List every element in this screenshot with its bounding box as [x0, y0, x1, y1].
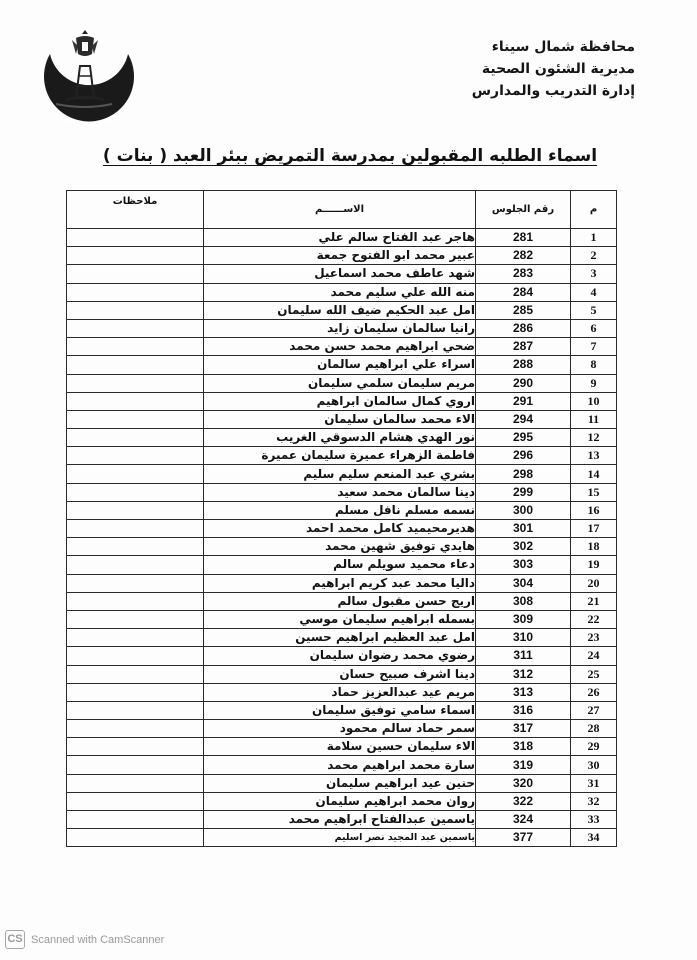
governorate-emblem-icon [28, 24, 143, 139]
row-seat-number: 286 [476, 319, 571, 337]
row-index: 30 [571, 756, 617, 774]
row-notes [67, 483, 204, 501]
col-header-index: م [571, 191, 617, 229]
row-student-name: منه الله علي سليم محمد [204, 283, 476, 301]
row-index: 4 [571, 283, 617, 301]
row-notes [67, 465, 204, 483]
row-student-name: هديرمحيميد كامل محمد احمد [204, 520, 476, 538]
col-header-notes: ملاحظات [67, 191, 204, 229]
table-row: 13296فاطمة الزهراء عميرة سليمان عميرة [67, 447, 617, 465]
row-index: 2 [571, 247, 617, 265]
col-header-name: الاســــــم [204, 191, 476, 229]
row-index: 3 [571, 265, 617, 283]
row-seat-number: 324 [476, 811, 571, 829]
table-row: 34377ياسمين عبد المجيد نصر اسليم [67, 829, 617, 847]
table-row: 26313مريم عيد عبدالعزيز حماد [67, 683, 617, 701]
row-student-name: اروي كمال سالمان ابراهيم [204, 392, 476, 410]
row-notes [67, 756, 204, 774]
row-notes [67, 792, 204, 810]
row-student-name: رانيا سالمان سليمان زايد [204, 319, 476, 337]
row-notes [67, 701, 204, 719]
table-row: 31320حنين عيد ابراهيم سليمان [67, 774, 617, 792]
row-seat-number: 282 [476, 247, 571, 265]
row-index: 21 [571, 592, 617, 610]
row-seat-number: 311 [476, 647, 571, 665]
row-seat-number: 295 [476, 429, 571, 447]
row-student-name: سمر حماد سالم محمود [204, 720, 476, 738]
table-row: 27316اسماء سامي توفيق سليمان [67, 701, 617, 719]
row-notes [67, 338, 204, 356]
camscanner-watermark: CS Scanned with CamScanner [5, 930, 164, 949]
row-notes [67, 574, 204, 592]
row-seat-number: 317 [476, 720, 571, 738]
table-row: 22309بسمله ابراهيم سليمان موسي [67, 610, 617, 628]
row-index: 27 [571, 701, 617, 719]
row-seat-number: 283 [476, 265, 571, 283]
row-seat-number: 294 [476, 410, 571, 428]
row-index: 6 [571, 319, 617, 337]
camscanner-logo-icon: CS [5, 930, 25, 949]
row-student-name: ضحي ابراهيم محمد حسن محمد [204, 338, 476, 356]
row-notes [67, 520, 204, 538]
row-index: 23 [571, 629, 617, 647]
row-student-name: حنين عيد ابراهيم سليمان [204, 774, 476, 792]
table-row: 11294الاء محمد سالمان سليمان [67, 410, 617, 428]
row-seat-number: 313 [476, 683, 571, 701]
row-notes [67, 410, 204, 428]
row-student-name: فاطمة الزهراء عميرة سليمان عميرة [204, 447, 476, 465]
row-student-name: بسمله ابراهيم سليمان موسي [204, 610, 476, 628]
row-seat-number: 284 [476, 283, 571, 301]
row-index: 7 [571, 338, 617, 356]
table-row: 18302هايدي توفيق شهين محمد [67, 538, 617, 556]
row-notes [67, 501, 204, 519]
row-seat-number: 322 [476, 792, 571, 810]
row-index: 10 [571, 392, 617, 410]
row-seat-number: 310 [476, 629, 571, 647]
row-seat-number: 299 [476, 483, 571, 501]
row-student-name: دينا سالمان محمد سعيد [204, 483, 476, 501]
row-notes [67, 392, 204, 410]
table-row: 25312دينا اشرف صبيح حسان [67, 665, 617, 683]
table-row: 4284منه الله علي سليم محمد [67, 283, 617, 301]
row-notes [67, 647, 204, 665]
table-row: 2282عبير محمد ابو الفتوح جمعة [67, 247, 617, 265]
row-student-name: الاء سليمان حسين سلامة [204, 738, 476, 756]
row-student-name: اريج حسن مقبول سالم [204, 592, 476, 610]
row-seat-number: 290 [476, 374, 571, 392]
row-seat-number: 309 [476, 610, 571, 628]
row-student-name: هاجر عبد الفتاح سالم علي [204, 229, 476, 247]
row-student-name: رضوي محمد رضوان سليمان [204, 647, 476, 665]
row-seat-number: 301 [476, 520, 571, 538]
row-notes [67, 301, 204, 319]
row-notes [67, 283, 204, 301]
row-index: 5 [571, 301, 617, 319]
row-seat-number: 316 [476, 701, 571, 719]
row-notes [67, 374, 204, 392]
row-student-name: امل عبد الحكيم ضيف الله سليمان [204, 301, 476, 319]
row-seat-number: 303 [476, 556, 571, 574]
row-index: 15 [571, 483, 617, 501]
row-notes [67, 538, 204, 556]
row-notes [67, 683, 204, 701]
row-notes [67, 247, 204, 265]
row-student-name: شهد عاطف محمد اسماعيل [204, 265, 476, 283]
row-index: 31 [571, 774, 617, 792]
table-row: 30319سارة محمد ابراهيم محمد [67, 756, 617, 774]
table-row: 9290مريم سليمان سلمي سليمان [67, 374, 617, 392]
row-student-name: هايدي توفيق شهين محمد [204, 538, 476, 556]
row-student-name: الاء محمد سالمان سليمان [204, 410, 476, 428]
row-notes [67, 429, 204, 447]
row-seat-number: 304 [476, 574, 571, 592]
table-row: 14298بشري عبد المنعم سليم سليم [67, 465, 617, 483]
row-student-name: مريم سليمان سلمي سليمان [204, 374, 476, 392]
row-seat-number: 302 [476, 538, 571, 556]
row-notes [67, 229, 204, 247]
row-index: 24 [571, 647, 617, 665]
row-index: 34 [571, 829, 617, 847]
accepted-students-table: م رقم الجلوس الاســــــم ملاحظات 1281هاج… [66, 190, 617, 847]
table-row: 23310امل عبد العظيم ابراهيم حسين [67, 629, 617, 647]
col-header-seat-number: رقم الجلوس [476, 191, 571, 229]
row-index: 20 [571, 574, 617, 592]
row-notes [67, 356, 204, 374]
row-student-name: سارة محمد ابراهيم محمد [204, 756, 476, 774]
row-seat-number: 296 [476, 447, 571, 465]
table-row: 33324ياسمين عبدالفتاح ابراهيم محمد [67, 811, 617, 829]
row-seat-number: 291 [476, 392, 571, 410]
table-row: 12295نور الهدي هشام الدسوقي الغريب [67, 429, 617, 447]
row-index: 26 [571, 683, 617, 701]
row-notes [67, 265, 204, 283]
row-notes [67, 811, 204, 829]
row-student-name: اسراء علي ابراهيم سالمان [204, 356, 476, 374]
table-row: 3283شهد عاطف محمد اسماعيل [67, 265, 617, 283]
row-index: 9 [571, 374, 617, 392]
row-seat-number: 320 [476, 774, 571, 792]
row-seat-number: 285 [476, 301, 571, 319]
row-index: 25 [571, 665, 617, 683]
row-student-name: نور الهدي هشام الدسوقي الغريب [204, 429, 476, 447]
scanned-page: محافظة شمال سيناء مديرية الشئون الصحية إ… [0, 0, 697, 960]
row-student-name: عبير محمد ابو الفتوح جمعة [204, 247, 476, 265]
row-index: 11 [571, 410, 617, 428]
row-seat-number: 312 [476, 665, 571, 683]
table-row: 28317سمر حماد سالم محمود [67, 720, 617, 738]
row-notes [67, 665, 204, 683]
row-seat-number: 281 [476, 229, 571, 247]
row-notes [67, 447, 204, 465]
row-index: 8 [571, 356, 617, 374]
row-student-name: دينا اشرف صبيح حسان [204, 665, 476, 683]
table-row: 5285امل عبد الحكيم ضيف الله سليمان [67, 301, 617, 319]
row-notes [67, 829, 204, 847]
row-student-name: نسمه مسلم نافل مسلم [204, 501, 476, 519]
table-row: 19303دعاء محميد سويلم سالم [67, 556, 617, 574]
row-seat-number: 377 [476, 829, 571, 847]
row-notes [67, 610, 204, 628]
row-student-name: روان محمد ابراهيم سليمان [204, 792, 476, 810]
row-seat-number: 298 [476, 465, 571, 483]
table-row: 1281هاجر عبد الفتاح سالم علي [67, 229, 617, 247]
row-student-name: ياسمين عبدالفتاح ابراهيم محمد [204, 811, 476, 829]
row-index: 18 [571, 538, 617, 556]
row-index: 28 [571, 720, 617, 738]
row-notes [67, 556, 204, 574]
row-seat-number: 319 [476, 756, 571, 774]
table-row: 15299دينا سالمان محمد سعيد [67, 483, 617, 501]
letterhead: محافظة شمال سيناء مديرية الشئون الصحية إ… [472, 36, 635, 102]
table-row: 6286رانيا سالمان سليمان زايد [67, 319, 617, 337]
row-notes [67, 592, 204, 610]
row-index: 32 [571, 792, 617, 810]
row-seat-number: 287 [476, 338, 571, 356]
watermark-label: Scanned with CamScanner [31, 934, 164, 946]
row-notes [67, 319, 204, 337]
row-seat-number: 308 [476, 592, 571, 610]
table-row: 32322روان محمد ابراهيم سليمان [67, 792, 617, 810]
row-notes [67, 738, 204, 756]
row-index: 1 [571, 229, 617, 247]
row-seat-number: 288 [476, 356, 571, 374]
letterhead-department: إدارة التدريب والمدارس [472, 80, 635, 102]
table-row: 10291اروي كمال سالمان ابراهيم [67, 392, 617, 410]
table-row: 17301هديرمحيميد كامل محمد احمد [67, 520, 617, 538]
table-header-row: م رقم الجلوس الاســــــم ملاحظات [67, 191, 617, 229]
row-index: 16 [571, 501, 617, 519]
letterhead-governorate: محافظة شمال سيناء [472, 36, 635, 58]
row-index: 29 [571, 738, 617, 756]
row-student-name: ياسمين عبد المجيد نصر اسليم [204, 829, 476, 847]
row-notes [67, 774, 204, 792]
row-student-name: مريم عيد عبدالعزيز حماد [204, 683, 476, 701]
letterhead-directorate: مديرية الشئون الصحية [472, 58, 635, 80]
row-index: 14 [571, 465, 617, 483]
row-index: 22 [571, 610, 617, 628]
row-seat-number: 318 [476, 738, 571, 756]
table-row: 24311رضوي محمد رضوان سليمان [67, 647, 617, 665]
row-student-name: امل عبد العظيم ابراهيم حسين [204, 629, 476, 647]
row-student-name: دعاء محميد سويلم سالم [204, 556, 476, 574]
table-row: 29318الاء سليمان حسين سلامة [67, 738, 617, 756]
document-title: اسماء الطلبه المقبولين بمدرسة التمريض بب… [100, 146, 600, 166]
table-row: 20304داليا محمد عبد كريم ابراهيم [67, 574, 617, 592]
row-student-name: بشري عبد المنعم سليم سليم [204, 465, 476, 483]
table-row: 8288اسراء علي ابراهيم سالمان [67, 356, 617, 374]
row-seat-number: 300 [476, 501, 571, 519]
table-row: 16300نسمه مسلم نافل مسلم [67, 501, 617, 519]
row-student-name: اسماء سامي توفيق سليمان [204, 701, 476, 719]
table-row: 7287ضحي ابراهيم محمد حسن محمد [67, 338, 617, 356]
row-index: 17 [571, 520, 617, 538]
row-index: 13 [571, 447, 617, 465]
row-notes [67, 720, 204, 738]
row-index: 12 [571, 429, 617, 447]
row-student-name: داليا محمد عبد كريم ابراهيم [204, 574, 476, 592]
table-row: 21308اريج حسن مقبول سالم [67, 592, 617, 610]
row-notes [67, 629, 204, 647]
row-index: 19 [571, 556, 617, 574]
row-index: 33 [571, 811, 617, 829]
